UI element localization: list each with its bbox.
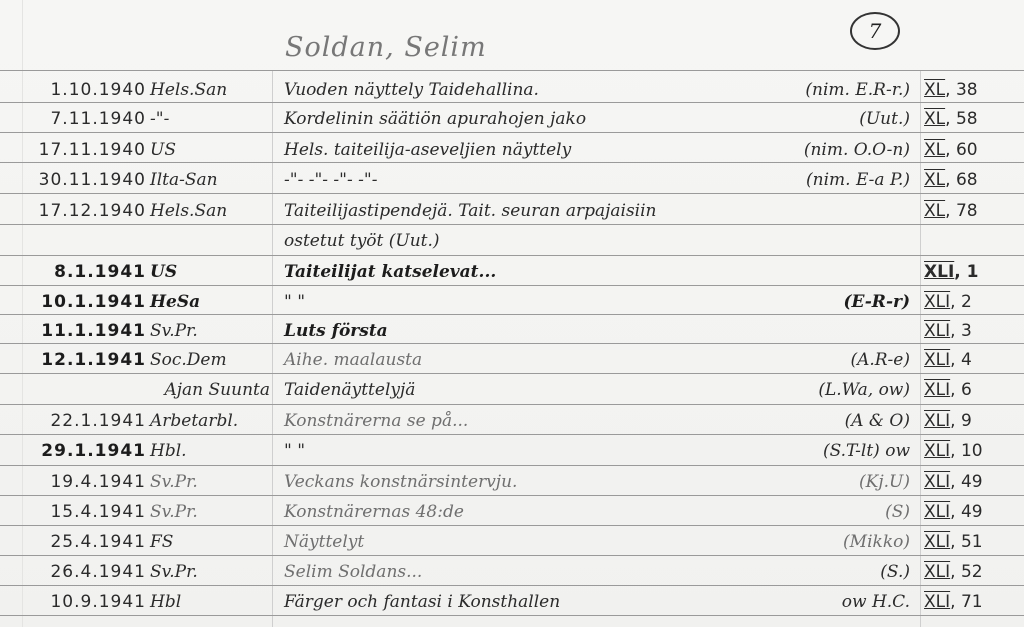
ref-volume: XLI [924, 380, 950, 400]
entry-note: (Mikko) [660, 528, 910, 556]
entry-row: 10.1.1941 HeSa " " (E-R-r) XLI, 2 [0, 288, 1024, 316]
entry-note: (L.Wa, ow) [660, 376, 910, 404]
entry-row: 17.12.1940 Hels.San Taiteilijastipendejä… [0, 197, 1024, 225]
entry-note: ow H.C. [660, 588, 910, 616]
ref-page: 38 [956, 80, 978, 100]
ref-page: 10 [961, 441, 983, 461]
rule-line [0, 70, 1024, 71]
ref-volume: XLI [924, 321, 950, 341]
ref-page: 2 [961, 292, 972, 312]
entry-source: FS [150, 528, 270, 556]
ref-volume: XLI [924, 562, 950, 582]
ref-page: 58 [956, 109, 978, 129]
entry-row: 10.9.1941 Hbl Färger och fantasi i Konst… [0, 588, 1024, 616]
entry-row: 7.11.1940 -"- Kordelinin säätiön apuraho… [0, 105, 1024, 133]
entry-date: 8.1.1941 [6, 258, 146, 286]
ref-page: 49 [961, 502, 983, 522]
entry-source: -"- [150, 105, 270, 133]
ref-volume: XLI [924, 411, 950, 431]
rule-line [0, 255, 1024, 256]
entry-date: 17.11.1940 [6, 136, 146, 164]
entry-ref: XL, 58 [924, 105, 1020, 133]
entry-row: 15.4.1941 Sv.Pr. Konstnärernas 48:de (S)… [0, 498, 1024, 526]
entry-date: 22.1.1941 [6, 407, 146, 435]
entry-note: (nim. E-a P.) [660, 166, 910, 194]
entry-text: Taiteilijat katselevat... [284, 258, 804, 286]
entry-source: Hels.San [150, 197, 270, 225]
entry-row: Ajan Suunta Taidenäyttelyjä (L.Wa, ow) X… [0, 376, 1024, 404]
entry-source: HeSa [150, 288, 270, 316]
entry-source: Hels.San [150, 76, 270, 104]
index-card: Soldan, Selim 7 1.10.1940 Hels.San Vuode… [0, 0, 1024, 627]
entry-ref: XLI, 2 [924, 288, 1020, 316]
entry-date: 26.4.1941 [6, 558, 146, 586]
ref-page: 1 [967, 262, 979, 282]
page-number-badge: 7 [850, 12, 900, 50]
entry-source: Hbl. [150, 437, 270, 465]
entry-date: 11.1.1941 [6, 317, 146, 345]
entry-date: 12.1.1941 [6, 346, 146, 374]
ref-page: 6 [961, 380, 972, 400]
entry-text: ostetut työt (Uut.) [284, 227, 804, 255]
ref-volume: XLI [924, 441, 950, 461]
rule-line [0, 465, 1024, 466]
entry-note: (nim. E.R-r.) [660, 76, 910, 104]
entry-row: 29.1.1941 Hbl. " " (S.T-lt) ow XLI, 10 [0, 437, 1024, 465]
entry-ref: XLI, 3 [924, 317, 1020, 345]
entry-ref: XLI, 52 [924, 558, 1020, 586]
entry-row: 30.11.1940 Ilta-San -"- -"- -"- -"- (nim… [0, 166, 1024, 194]
entry-text: Taiteilijastipendejä. Tait. seuran arpaj… [284, 197, 804, 225]
ref-page: 60 [956, 140, 978, 160]
entry-source: Sv.Pr. [150, 558, 270, 586]
entry-date: 25.4.1941 [6, 528, 146, 556]
ref-volume: XLI [924, 532, 950, 552]
entry-ref: XLI, 10 [924, 437, 1020, 465]
entry-source: Hbl [150, 588, 270, 616]
entry-date: 7.11.1940 [6, 105, 146, 133]
ref-page: 3 [961, 321, 972, 341]
entry-note: (Uut.) [660, 105, 910, 133]
ref-page: 9 [961, 411, 972, 431]
entry-ref: XLI, 6 [924, 376, 1020, 404]
entry-source: Sv.Pr. [150, 317, 270, 345]
entry-note: (S) [660, 498, 910, 526]
entry-date: 29.1.1941 [6, 437, 146, 465]
ref-page: 49 [961, 472, 983, 492]
entry-ref: XLI, 9 [924, 407, 1020, 435]
entry-date: 1.10.1940 [6, 76, 146, 104]
entry-date: 15.4.1941 [6, 498, 146, 526]
ref-volume: XLI [924, 292, 950, 312]
entry-note: (A.R-e) [660, 346, 910, 374]
entry-text: Luts första [284, 317, 804, 345]
entry-date: 10.9.1941 [6, 588, 146, 616]
ref-volume: XL [924, 80, 945, 100]
entry-row: 12.1.1941 Soc.Dem Aihe. maalausta (A.R-e… [0, 346, 1024, 374]
entry-row: 25.4.1941 FS Näyttelyt (Mikko) XLI, 51 [0, 528, 1024, 556]
entry-date: 30.11.1940 [6, 166, 146, 194]
entry-ref: XLI, 1 [924, 258, 1020, 286]
entry-row-continuation: ostetut työt (Uut.) [0, 227, 1024, 255]
entry-source: Arbetarbl. [150, 407, 270, 435]
entry-note: (A & O) [660, 407, 910, 435]
entry-row: 1.10.1940 Hels.San Vuoden näyttely Taide… [0, 76, 1024, 104]
ref-volume: XLI [924, 262, 954, 282]
ref-volume: XL [924, 109, 945, 129]
entry-date: 17.12.1940 [6, 197, 146, 225]
entry-row: 26.4.1941 Sv.Pr. Selim Soldans... (S.) X… [0, 558, 1024, 586]
entry-note: (S.) [660, 558, 910, 586]
entry-source: Soc.Dem [150, 346, 270, 374]
entry-row: 19.4.1941 Sv.Pr. Veckans konstnärsinterv… [0, 468, 1024, 496]
ref-page: 71 [961, 592, 983, 612]
ref-page: 68 [956, 170, 978, 190]
ref-volume: XLI [924, 472, 950, 492]
ref-volume: XL [924, 140, 945, 160]
entry-source: Sv.Pr. [150, 498, 270, 526]
entry-source: Ajan Suunta [60, 376, 270, 404]
ref-volume: XL [924, 170, 945, 190]
entry-ref: XL, 60 [924, 136, 1020, 164]
entry-ref: XLI, 49 [924, 468, 1020, 496]
ref-volume: XLI [924, 592, 950, 612]
entry-row: 22.1.1941 Arbetarbl. Konstnärerna se på.… [0, 407, 1024, 435]
entry-note: (nim. O.O-n) [660, 136, 910, 164]
entry-date: 10.1.1941 [6, 288, 146, 316]
entry-source: Ilta-San [150, 166, 270, 194]
entry-note: (E-R-r) [660, 288, 910, 316]
ref-page: 52 [961, 562, 983, 582]
ref-page: 78 [956, 201, 978, 221]
entry-row: 17.11.1940 US Hels. taiteilija-aseveljie… [0, 136, 1024, 164]
rule-line [0, 404, 1024, 405]
ref-volume: XL [924, 201, 945, 221]
entry-date: 19.4.1941 [6, 468, 146, 496]
ref-volume: XLI [924, 502, 950, 522]
card-heading: Soldan, Selim [285, 32, 487, 63]
entry-ref: XL, 38 [924, 76, 1020, 104]
entry-row: 11.1.1941 Sv.Pr. Luts första XLI, 3 [0, 317, 1024, 345]
entry-note: (Kj.U) [660, 468, 910, 496]
entry-ref: XL, 78 [924, 197, 1020, 225]
entry-ref: XLI, 49 [924, 498, 1020, 526]
entry-note: (S.T-lt) ow [660, 437, 910, 465]
entry-row: 8.1.1941 US Taiteilijat katselevat... XL… [0, 258, 1024, 286]
entry-source: US [150, 258, 270, 286]
ref-volume: XLI [924, 350, 950, 370]
entry-ref: XLI, 51 [924, 528, 1020, 556]
entry-ref: XLI, 71 [924, 588, 1020, 616]
entry-ref: XL, 68 [924, 166, 1020, 194]
ref-page: 4 [961, 350, 972, 370]
entry-source: Sv.Pr. [150, 468, 270, 496]
ref-page: 51 [961, 532, 983, 552]
entry-source: US [150, 136, 270, 164]
entry-ref: XLI, 4 [924, 346, 1020, 374]
